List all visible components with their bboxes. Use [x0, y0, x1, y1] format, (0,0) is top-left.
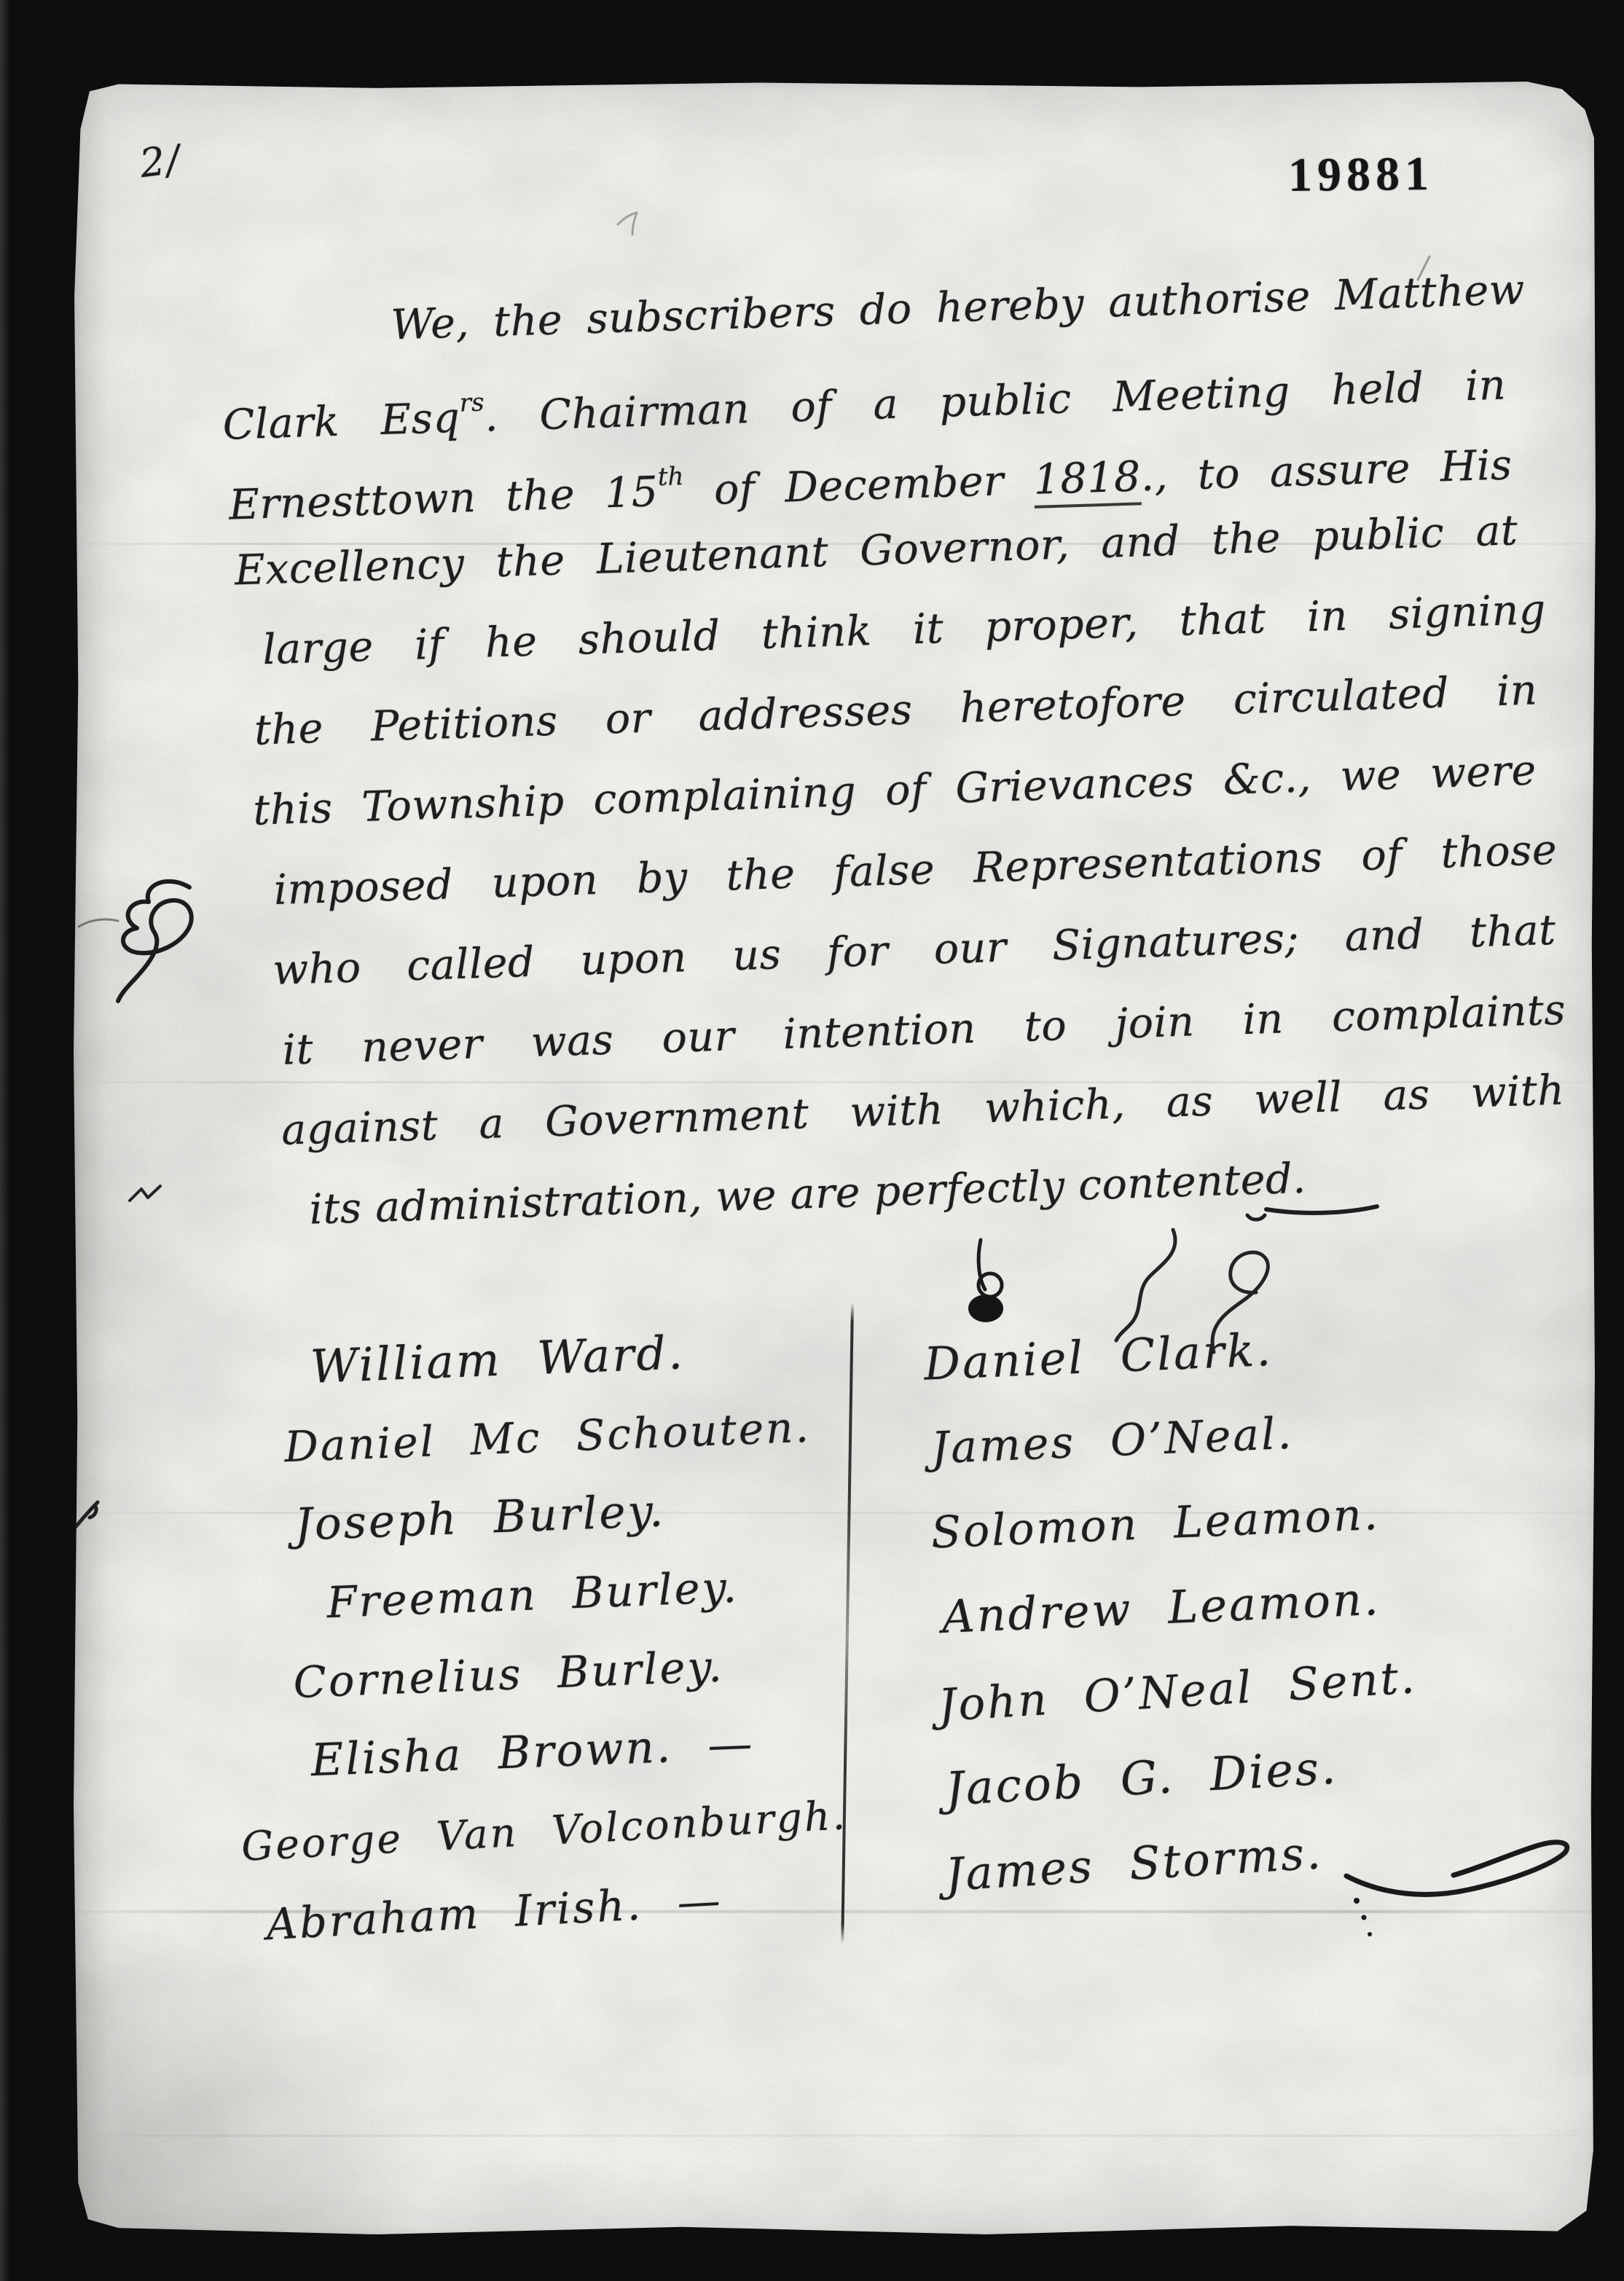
- small-pen-mark: [130, 1186, 160, 1201]
- balloon-squiggle: [1212, 1252, 1268, 1352]
- descender-squiggle: [1116, 1230, 1175, 1340]
- paragraph-end-flourish: [1247, 1206, 1377, 1220]
- storms-signature-flourish: [1346, 1842, 1567, 1936]
- film-edge-artifact: [0, 0, 10, 2281]
- document-page: 2/ 19881 We, the subscribers do hereby a…: [73, 82, 1596, 2237]
- ink-doodle: [79, 882, 192, 1001]
- ink-blot: [968, 1240, 1003, 1322]
- faint-slash-mark: [1418, 256, 1429, 280]
- faint-tick-mark: [618, 213, 637, 235]
- scanned-document-frame: 2/ 19881 We, the subscribers do hereby a…: [0, 0, 1624, 2281]
- edge-hook-mark: [74, 1502, 98, 1528]
- ink-marks-overlay: [73, 82, 1596, 2237]
